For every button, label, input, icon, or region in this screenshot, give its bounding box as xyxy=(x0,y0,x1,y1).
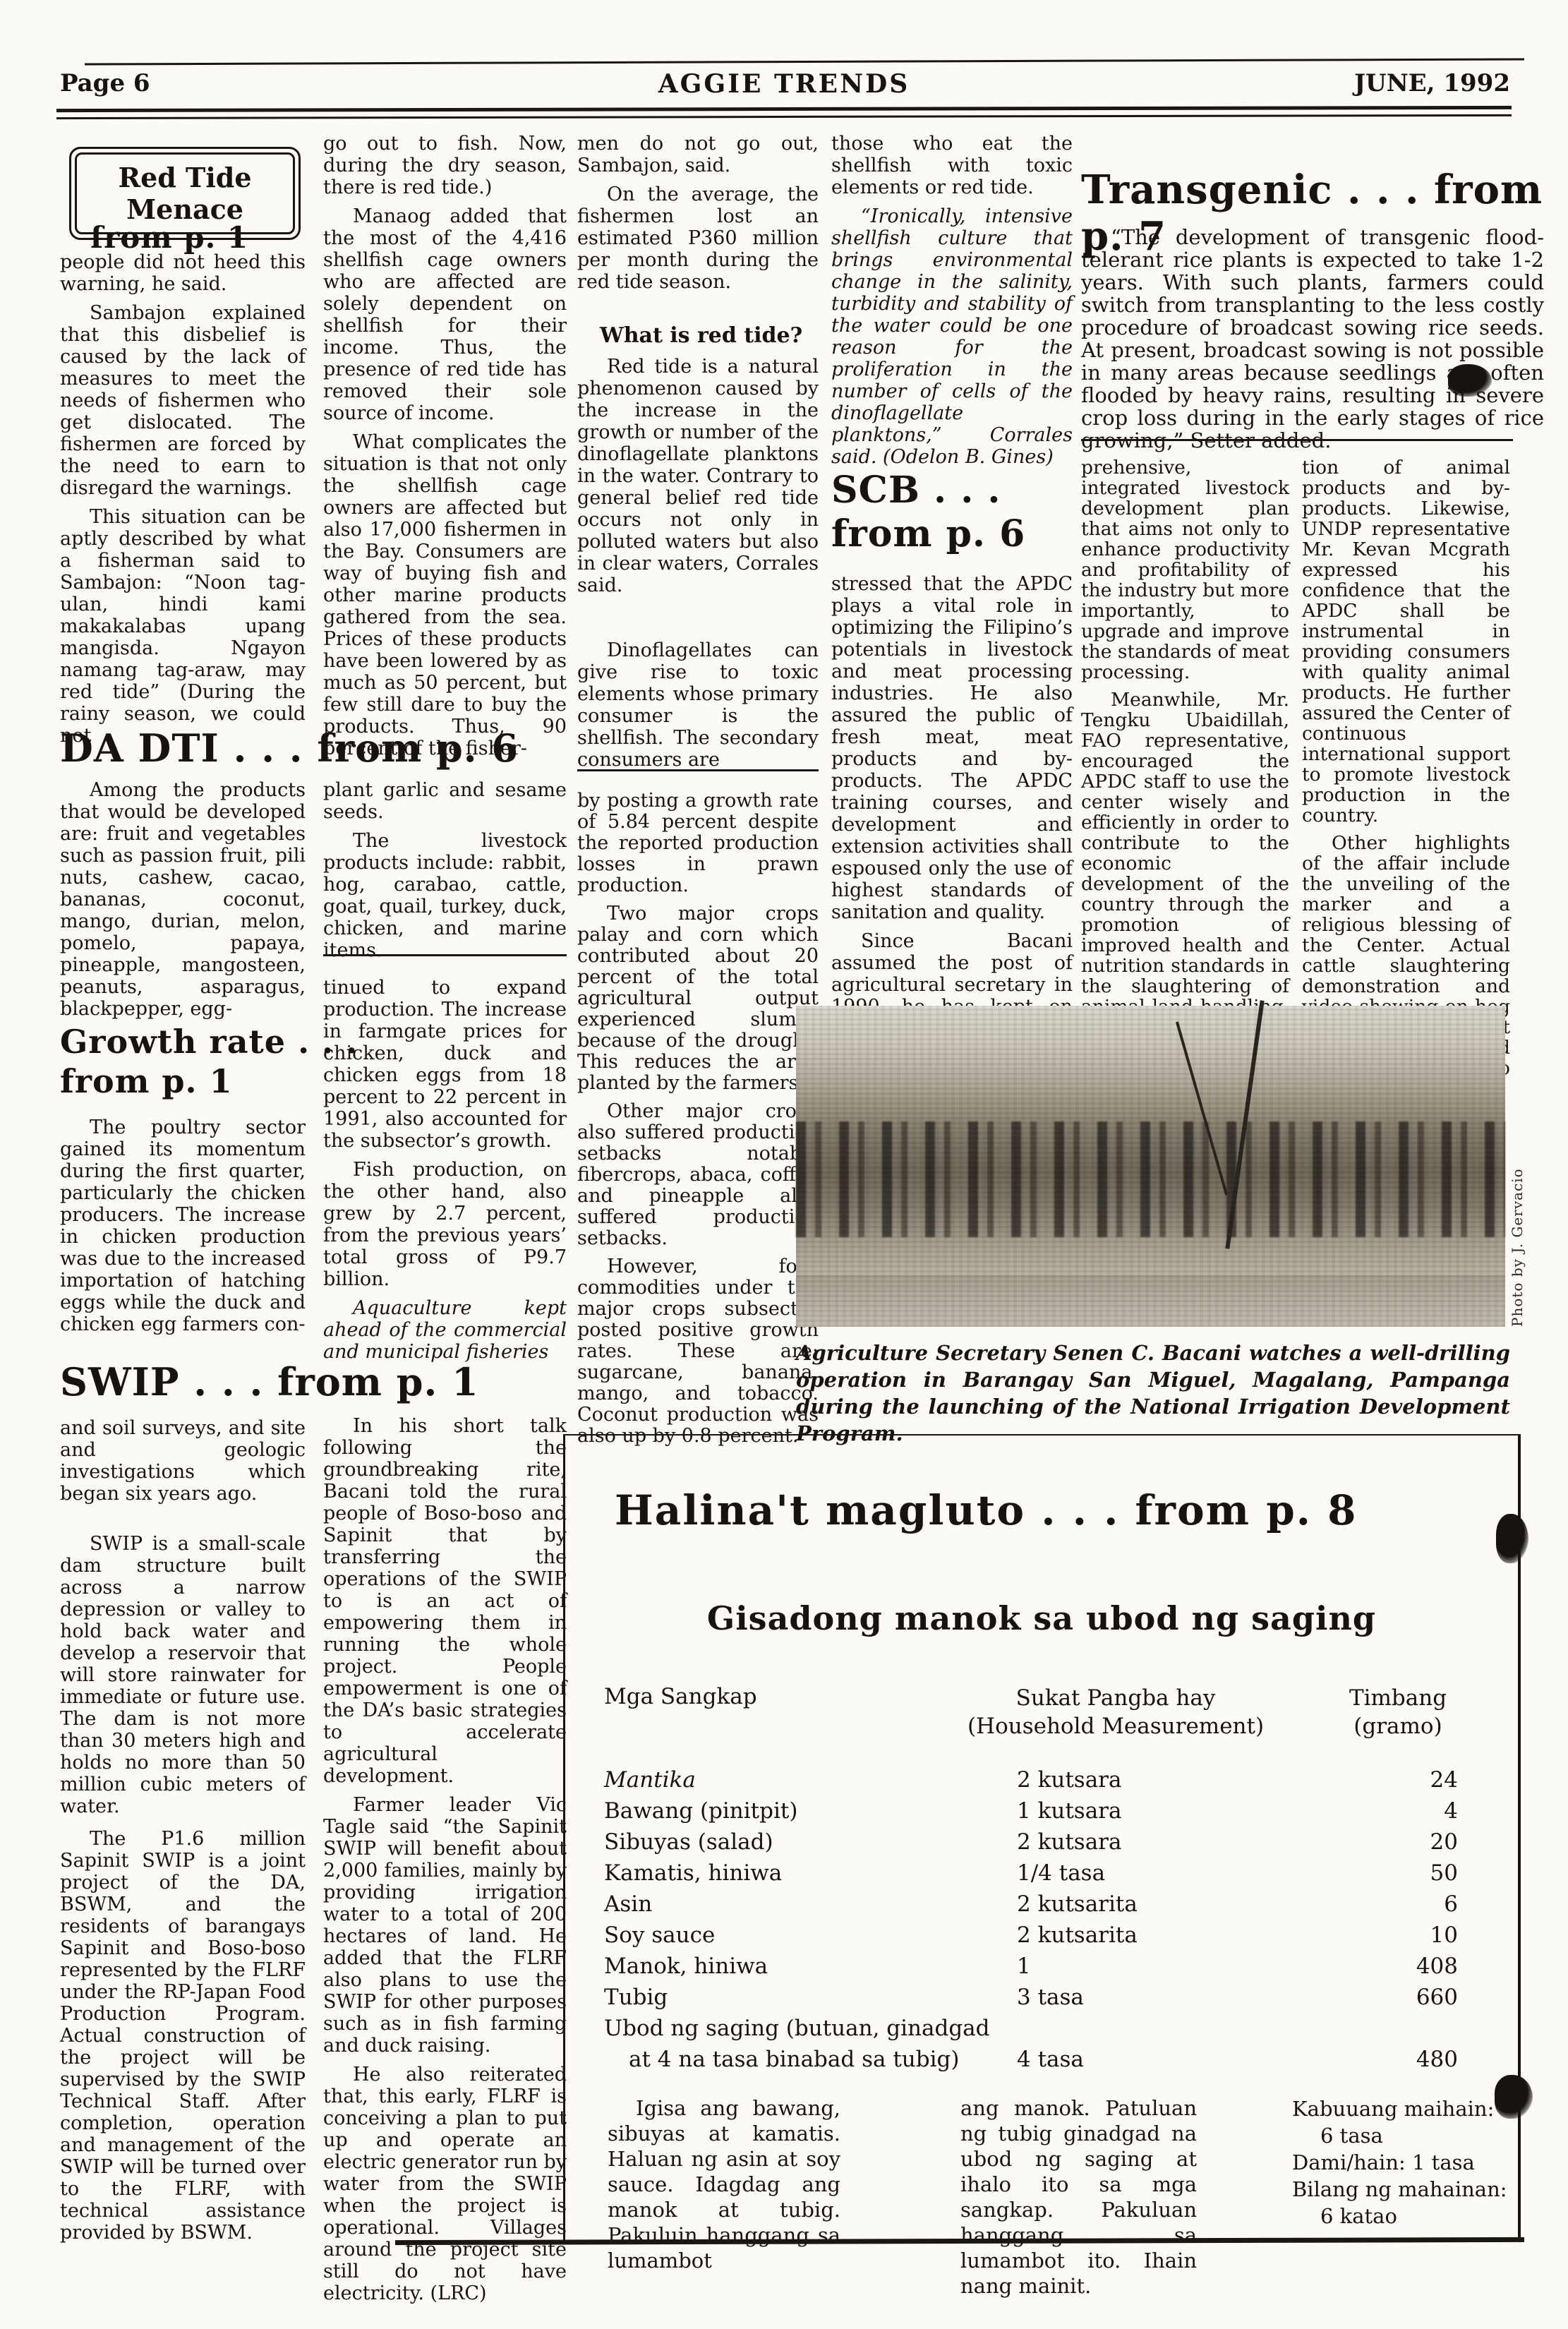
paragraph: What complicates the situation is that n… xyxy=(323,431,567,759)
ingredient-name: Kamatis, hiniwa xyxy=(604,1860,782,1886)
paragraph: Red tide is a natural phenomenon caused … xyxy=(577,356,819,596)
scb-subcol-left: prehensive, integrated livestock develop… xyxy=(1081,457,1289,1058)
ingredient-measure: 4 tasa xyxy=(1017,2047,1084,2072)
paragraph: SWIP is a small-scale dam structure buil… xyxy=(60,1533,306,1817)
photo-halftone-noise xyxy=(796,1006,1505,1327)
yield-line: 6 katao xyxy=(1292,2203,1511,2229)
photo-credit: Photo by J. Gervacio xyxy=(1509,1030,1526,1327)
paragraph: Aquaculture kept ahead of the commercial… xyxy=(323,1297,567,1363)
news-photo xyxy=(796,1006,1505,1327)
what-is-red-tide-subhead: What is red tide? xyxy=(600,323,802,348)
paragraph: He also reiterated that, this early, FLR… xyxy=(323,2064,567,2304)
swip-heading: SWIP . . . from p. 1 xyxy=(60,1359,554,1404)
ingredient-measure: 1/4 tasa xyxy=(1017,1860,1105,1886)
issue-date: JUNE, 1992 xyxy=(1354,69,1510,97)
growth-rate-heading-line1: Growth rate . . . xyxy=(60,1022,358,1061)
recipe-box: Halina't magluto . . . from p. 8 Gisadon… xyxy=(563,1434,1521,2242)
recipe-col-header-ingredient: Mga Sangkap xyxy=(604,1684,757,1709)
da-dti-col1: Among the products that would be develop… xyxy=(60,779,306,1020)
yield-line: Dami/hain: 1 tasa xyxy=(1292,2149,1511,2176)
ingredient-measure: 1 xyxy=(1017,1954,1031,1979)
ingredient-weight: 6 xyxy=(1327,1891,1458,1917)
paragraph: In his short talk following the groundbr… xyxy=(323,1415,567,1787)
ingredient-name: Bawang (pinitpit) xyxy=(604,1798,797,1824)
header-rule-thin xyxy=(56,114,1512,119)
paragraph: This situation can be aptly described by… xyxy=(60,506,306,747)
scb-subcol-right: tion of animal products and by-products.… xyxy=(1302,457,1510,1099)
ingredient-weight: 4 xyxy=(1327,1798,1458,1824)
paragraph: The poultry sector gained its momentum d… xyxy=(60,1117,306,1335)
paragraph: Farmer leader Vic Tagle said “the Sapini… xyxy=(323,1794,567,2057)
newspaper-page: Page 6 AGGIE TRENDS JUNE, 1992 Red Tide … xyxy=(0,0,1568,2329)
swip-col1-a: and soil surveys, and site and geologic … xyxy=(60,1417,306,1505)
paragraph: Other major crops also suffered producti… xyxy=(577,1101,819,1249)
ingredient-weight: 20 xyxy=(1327,1829,1458,1855)
ingredient-weight: 408 xyxy=(1327,1954,1458,1979)
paragraph: On the average, the fishermen lost an es… xyxy=(577,183,819,293)
recipe-heading: Halina't magluto . . . from p. 8 xyxy=(615,1486,1358,1534)
transgenic-rule xyxy=(1081,439,1513,441)
paragraph: tion of animal products and by-products.… xyxy=(1302,457,1510,826)
growth-rate-heading-line2: from p. 1 xyxy=(60,1061,358,1101)
paragraph: “Ironically, intensive shellfish culture… xyxy=(831,205,1073,468)
ingredient-name: Ubod ng saging (butuan, ginadgad xyxy=(604,2016,990,2041)
swip-col2: In his short talk following the groundbr… xyxy=(323,1415,567,2304)
red-tide-col3-top: men do not go out, Sambajon, said. On th… xyxy=(577,133,819,293)
red-tide-col1: people did not heed this warning, he sai… xyxy=(60,251,306,747)
paragraph: men do not go out, Sambajon, said. xyxy=(577,133,819,176)
growth-rate-col3: by posting a growth rate of 5.84 percent… xyxy=(577,790,819,1447)
paragraph: and soil surveys, and site and geologic … xyxy=(60,1417,306,1505)
scb-heading-line2: from p. 6 xyxy=(831,512,1025,556)
paragraph: by posting a growth rate of 5.84 percent… xyxy=(577,790,819,896)
red-tide-col4: those who eat the shellfish with toxic e… xyxy=(831,133,1073,468)
ink-smudge xyxy=(1496,1514,1528,1563)
photo-caption: Agriculture Secretary Senen C. Bacani wa… xyxy=(796,1340,1510,1447)
ingredient-name: Manok, hiniwa xyxy=(604,1954,768,1979)
ingredient-measure: 3 tasa xyxy=(1017,1985,1084,2010)
recipe-title: Gisadong manok sa ubod ng saging xyxy=(565,1599,1518,1637)
paragraph: Igisa ang bawang, sibuyas at kamatis. Ha… xyxy=(608,2095,840,2273)
paragraph: plant garlic and sesame seeds. xyxy=(323,779,567,823)
paragraph: Dinoflagellates can give rise to toxic e… xyxy=(577,639,819,771)
paragraph: ang manok. Patuluan ng tubig ginadgad na… xyxy=(960,2095,1197,2299)
paragraph: Two major crops palay and corn which con… xyxy=(577,903,819,1094)
yield-line: Kabuuang maihain: xyxy=(1292,2095,1511,2122)
ingredient-weight: 480 xyxy=(1327,2047,1458,2072)
ink-smudge xyxy=(1495,2075,1533,2119)
paragraph: Manaog added that the most of the 4,416 … xyxy=(323,205,567,424)
paragraph: people did not heed this warning, he sai… xyxy=(60,251,306,295)
yield-line: Bilang ng mahainan: xyxy=(1292,2176,1511,2203)
transgenic-para: “The development of transgenic flood-tel… xyxy=(1081,226,1544,452)
recipe-instructions-col1: Igisa ang bawang, sibuyas at kamatis. Ha… xyxy=(608,2095,840,2273)
scb-col4: stressed that the APDC plays a vital rol… xyxy=(831,573,1073,1040)
paragraph: “The development of transgenic flood-tel… xyxy=(1081,226,1544,452)
ingredient-name: Sibuyas (salad) xyxy=(604,1829,773,1855)
paragraph: Among the products that would be develop… xyxy=(60,779,306,1020)
ingredient-weight: 24 xyxy=(1327,1767,1458,1793)
yield-line: 6 tasa xyxy=(1292,2122,1511,2149)
ingredient-measure: 2 kutsarita xyxy=(1017,1891,1138,1917)
measure-header-line1: Sukat Pangba hay xyxy=(946,1684,1285,1712)
growth-rate-heading: Growth rate . . . from p. 1 xyxy=(60,1022,358,1101)
red-tide-col2: go out to fish. Now, during the dry seas… xyxy=(323,133,567,759)
paragraph: tinued to expand production. The increas… xyxy=(323,977,567,1152)
recipe-yield: Kabuuang maihain: 6 tasa Dami/hain: 1 ta… xyxy=(1292,2095,1511,2229)
red-tide-col3-mid: Red tide is a natural phenomenon caused … xyxy=(577,356,819,596)
ingredient-measure: 2 kutsara xyxy=(1017,1767,1121,1793)
paragraph: go out to fish. Now, during the dry seas… xyxy=(323,133,567,198)
paragraph: Sambajon explained that this disbelief i… xyxy=(60,302,306,499)
recipe-col-header-measure: Sukat Pangba hay (Household Measurement) xyxy=(946,1684,1285,1740)
ingredient-name: Soy sauce xyxy=(604,1922,715,1948)
paragraph: those who eat the shellfish with toxic e… xyxy=(831,133,1073,198)
recipe-col-header-weight: Timbang (gramo) xyxy=(1327,1684,1469,1740)
ingredient-name: Asin xyxy=(604,1891,652,1917)
ingredient-measure: 2 kutsara xyxy=(1017,1829,1121,1855)
ingredient-measure: 2 kutsarita xyxy=(1017,1922,1138,1948)
red-tide-from-label: from p. 1 xyxy=(90,220,248,255)
paragraph: Fish production, on the other hand, also… xyxy=(323,1159,567,1290)
header-rule-thick xyxy=(56,106,1512,112)
masthead-title: AGGIE TRENDS xyxy=(0,69,1568,99)
red-tide-col3-bottom: Dinoflagellates can give rise to toxic e… xyxy=(577,639,819,771)
paragraph: The livestock products include: rabbit, … xyxy=(323,830,567,961)
ingredient-name: Mantika xyxy=(604,1767,696,1793)
da-dti-col2: plant garlic and sesame seeds. The lives… xyxy=(323,779,567,961)
ingredient-weight: 50 xyxy=(1327,1860,1458,1886)
paragraph: Meanwhile, Mr. Tengku Ubaidillah, FAO re… xyxy=(1081,690,1289,1058)
ingredient-weight: 660 xyxy=(1327,1985,1458,2010)
ingredient-name: Tubig xyxy=(604,1985,668,2010)
scb-heading: SCB . . . from p. 6 xyxy=(831,469,1025,556)
paragraph: stressed that the APDC plays a vital rol… xyxy=(831,573,1073,923)
paragraph: The P1.6 million Sapinit SWIP is a joint… xyxy=(60,1828,306,2244)
ink-smudge xyxy=(1448,364,1492,397)
swip-col1-c: The P1.6 million Sapinit SWIP is a joint… xyxy=(60,1828,306,2244)
scb-heading-line1: SCB . . . xyxy=(831,469,1025,512)
weight-header-line1: Timbang xyxy=(1327,1684,1469,1712)
ingredient-measure: 1 kutsara xyxy=(1017,1798,1121,1824)
ingredient-weight: 10 xyxy=(1327,1922,1458,1948)
recipe-instructions-col2: ang manok. Patuluan ng tubig ginadgad na… xyxy=(960,2095,1197,2299)
weight-header-line2: (gramo) xyxy=(1327,1712,1469,1740)
column-divider-rule xyxy=(577,769,819,771)
column-divider-rule xyxy=(323,954,567,956)
paragraph: prehensive, integrated livestock develop… xyxy=(1081,457,1289,682)
top-scan-line xyxy=(85,58,1524,65)
swip-col1-b: SWIP is a small-scale dam structure buil… xyxy=(60,1533,306,1817)
paragraph: However, four commodities under the majo… xyxy=(577,1256,819,1447)
measure-header-line2: (Household Measurement) xyxy=(946,1712,1285,1740)
growth-rate-col1: The poultry sector gained its momentum d… xyxy=(60,1117,306,1335)
growth-rate-col2: tinued to expand production. The increas… xyxy=(323,977,567,1363)
ingredient-name-line2: at 4 na tasa binabad sa tubig) xyxy=(629,2047,959,2072)
